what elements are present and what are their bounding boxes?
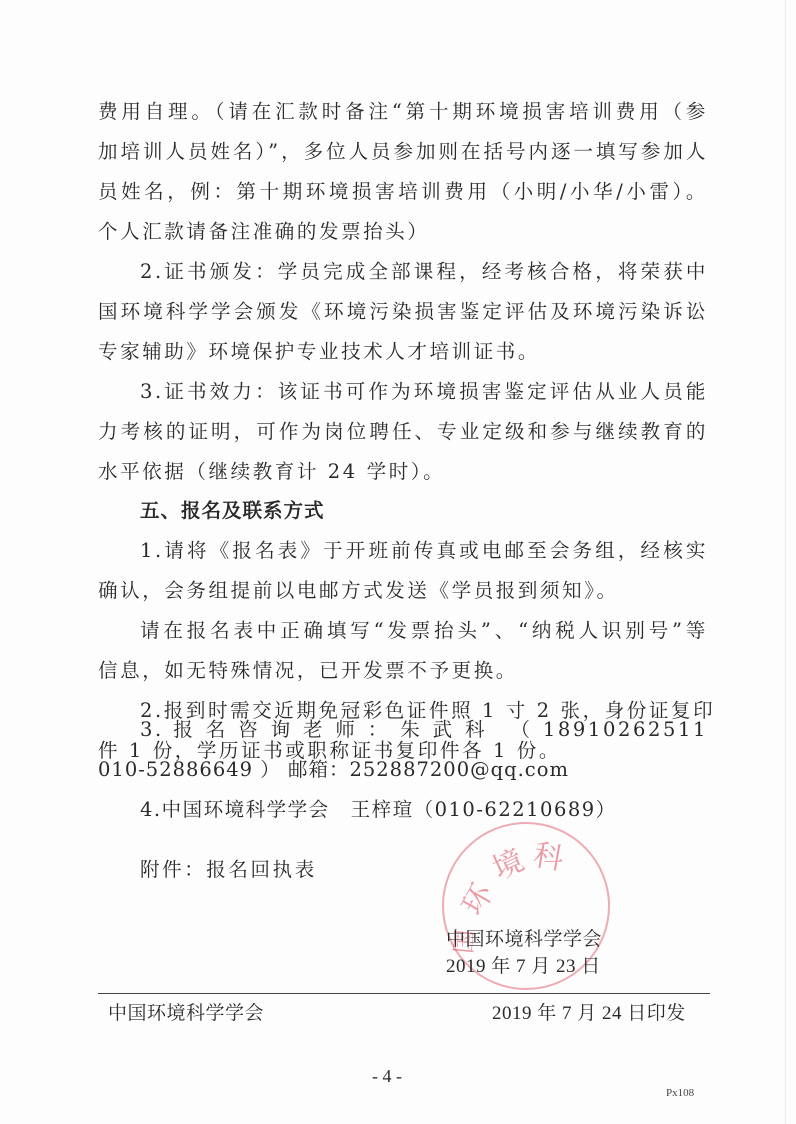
contact-teacher-line: 3. 报 名 咨 询 老 师 ： 朱 武 科 （ 18910262511: [140, 716, 708, 744]
invoice-note-line: 请在报名表中正确填写“发票抬头”、“纳税人识别号”等: [140, 617, 708, 645]
section-heading: 五、报名及联系方式: [140, 497, 708, 525]
seal-char: 境: [484, 836, 530, 889]
paragraph-line: 费用自理。（请在汇款时备注“第十期环境损害培训费用（参: [98, 98, 708, 126]
page-edge: [785, 0, 786, 1124]
signature-date: 2019 年 7 月 23 日: [446, 954, 601, 980]
attachment-label: 附件：报名回执表: [140, 856, 708, 884]
paragraph-line: 力考核的证明，可作为岗位聘任、专业定级和参与继续教育的: [98, 418, 708, 446]
paragraph-line: 水平依据（继续教育计 24 学时）。: [98, 458, 708, 486]
certificate-validity-line: 3.证书效力：该证书可作为环境损害鉴定评估从业人员能: [140, 378, 708, 406]
paragraph-line: 专家辅助》环境保护专业技术人才培训证书。: [98, 338, 708, 366]
page-number: - 4 -: [372, 1066, 402, 1087]
paragraph-line: 国环境科学学会颁发《环境污染损害鉴定评估及环境污染诉讼: [98, 298, 708, 326]
paragraph-line: 员姓名，例：第十期环境损害培训费用（小明/小华/小雷）。: [98, 178, 708, 206]
footer-print-date: 2019 年 7 月 24 日印发: [492, 998, 686, 1025]
registration-line: 确认，会务组提前以电邮方式发送《学员报到须知》。: [98, 577, 708, 605]
contact-email-line: 010-52886649 ） 邮箱：252887200@qq.com: [98, 756, 708, 784]
invoice-note-line: 信息，如无特殊情况，已开发票不予更换。: [98, 657, 708, 685]
certificate-issue-line: 2.证书颁发：学员完成全部课程，经考核合格，将荣获中: [140, 258, 708, 286]
seal-char: 环: [448, 874, 501, 922]
registration-line: 1.请将《报名表》于开班前传真或电邮至会务组，经核实: [140, 537, 708, 565]
seal-char: 科: [530, 830, 567, 879]
footer-issuer: 中国环境科学学会: [108, 998, 264, 1025]
footer-divider: [98, 993, 710, 994]
document-page: 费用自理。（请在汇款时备注“第十期环境损害培训费用（参 加培训人员姓名）”，多位…: [0, 0, 796, 1124]
paragraph-line: 加培训人员姓名）”，多位人员参加则在括号内逐一填写参加人: [98, 138, 708, 166]
page-code: Px108: [666, 1087, 694, 1099]
paragraph-line: 个人汇款请备注准确的发票抬头）: [98, 218, 708, 246]
contact-society-line: 4.中国环境科学学会 王梓瑄（010-62210689）: [140, 796, 708, 824]
signature-org: 中国环境科学学会: [446, 926, 602, 952]
